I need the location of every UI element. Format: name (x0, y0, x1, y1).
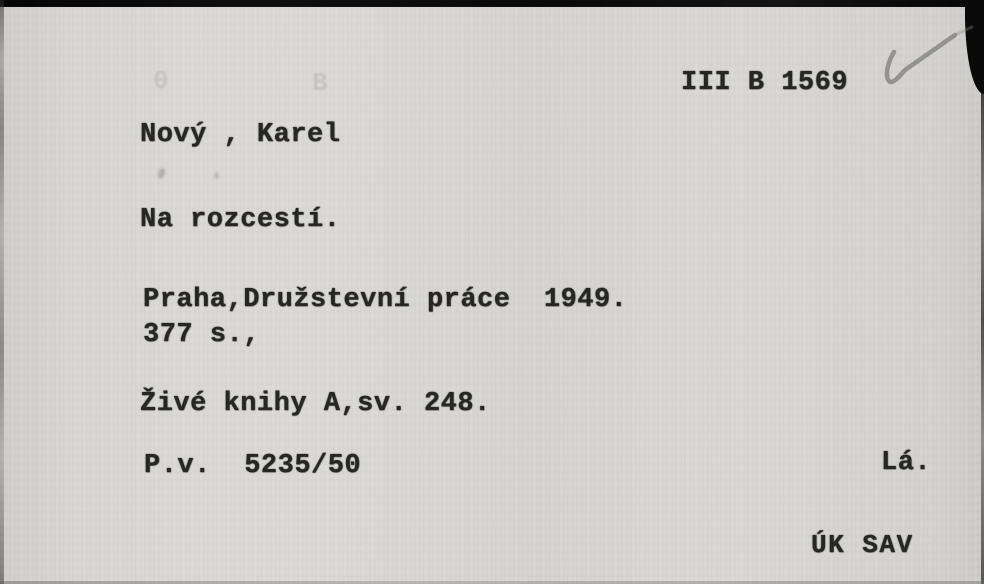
imprint-publisher-year: Praha,Družstevní práce 1949. (143, 287, 627, 314)
pencil-checkmark-icon (858, 22, 978, 92)
accession-number: P.v. 5235/50 (144, 453, 361, 480)
pagination: 377 s., (143, 322, 260, 349)
library-stamp: ÚK SAV (811, 532, 914, 558)
cataloguer-initials: Lá. (881, 450, 931, 477)
catalog-card-scan: 0 B III B 1569 Nový , Karel Na rozcestí.… (0, 0, 984, 584)
ink-smudge (156, 167, 166, 180)
series-statement: Živé knihy A,sv. 248. (140, 391, 491, 418)
book-title: Na rozcestí. (140, 207, 340, 234)
author-heading: Nový , Karel (140, 122, 340, 149)
scan-edge-left (0, 0, 4, 584)
ink-smudge (214, 172, 219, 179)
ghost-typewriter-mark: B (312, 70, 328, 96)
call-number: III B 1569 (681, 70, 848, 97)
scan-edge-top (0, 0, 984, 7)
ghost-typewriter-mark: 0 (153, 68, 169, 94)
